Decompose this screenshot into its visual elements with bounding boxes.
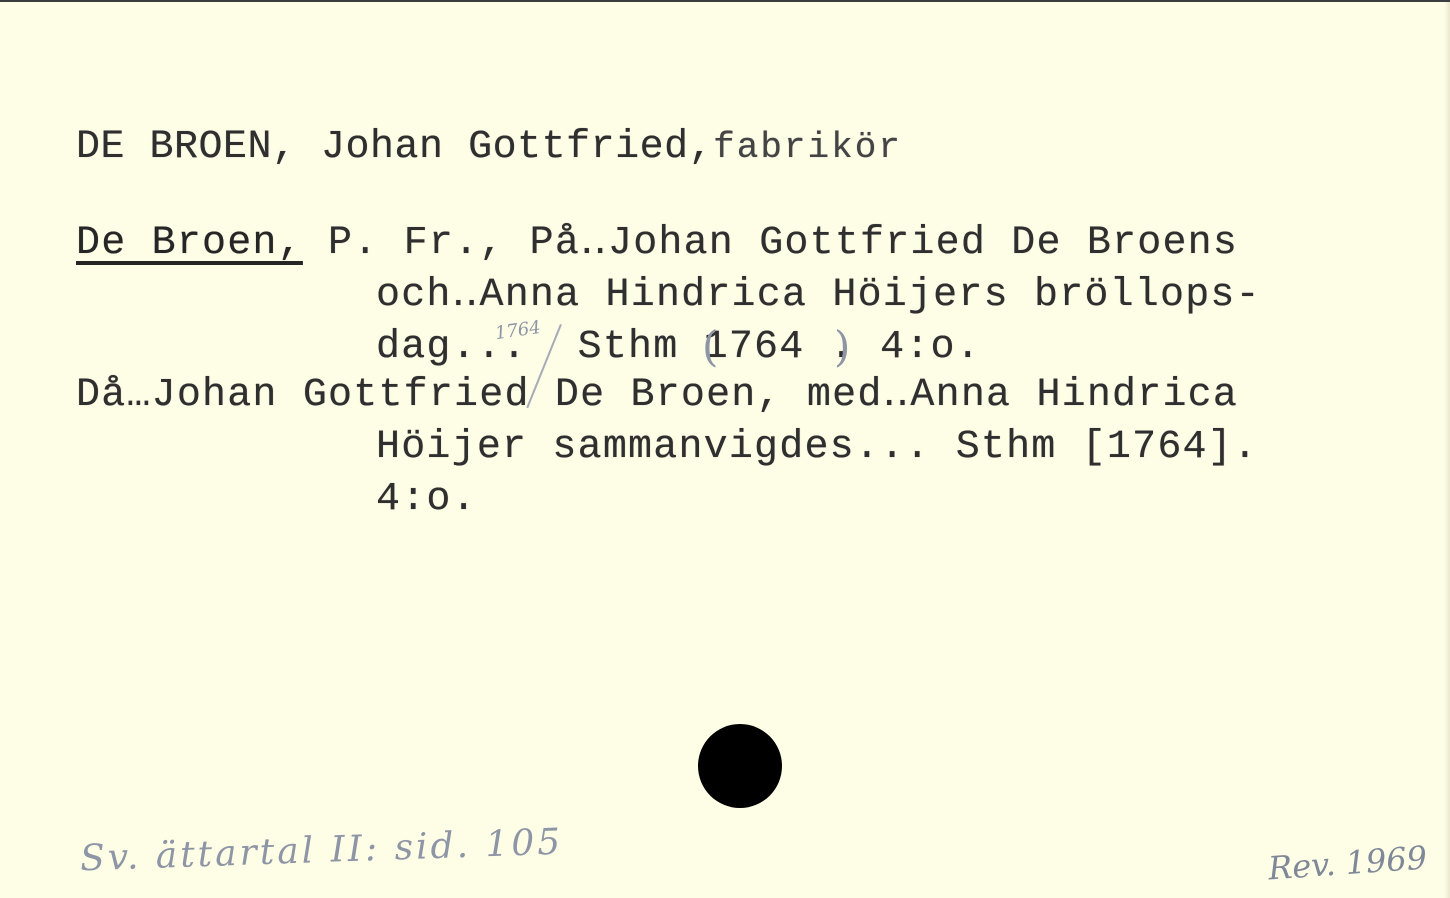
punch-hole — [698, 724, 782, 808]
card-edge-shadow — [1444, 2, 1450, 898]
handwritten-reference-note: Sv. ättartal II: sid. 105 — [79, 822, 563, 880]
entry-2-line-3: 4:o. — [376, 480, 477, 520]
card-heading: DE BROEN, Johan Gottfried,fabrikör — [76, 128, 902, 168]
entry-1-title-start: P. Fr., På‥Johan Gottfried De Broens — [303, 221, 1238, 266]
handwritten-revision-note: Rev. 1969 — [1267, 838, 1428, 887]
entry-1-line-2: och‥Anna Hindrica Höijers bröllops- — [376, 276, 1261, 316]
pencil-bracket-close: ) — [834, 322, 850, 371]
entry-1-heading: De Broen, P. Fr., På‥Johan Gottfried De … — [76, 224, 1238, 264]
catalog-card: DE BROEN, Johan Gottfried,fabrikör De Br… — [0, 0, 1450, 898]
heading-name: DE BROEN, Johan Gottfried, — [76, 125, 713, 170]
entry-2-heading: Då…Johan Gottfried De Broen, med‥Anna Hi… — [76, 376, 1238, 416]
entry-1-line-3: dag... Sthm 1764 . 4:o. — [376, 328, 981, 368]
entry-2-line-2: Höijer sammanvigdes... Sthm [1764]. — [376, 428, 1258, 468]
pencil-bracket-open: ( — [702, 322, 718, 371]
entry-1-author: De Broen, — [76, 221, 303, 266]
heading-occupation: fabrikör — [713, 127, 902, 168]
